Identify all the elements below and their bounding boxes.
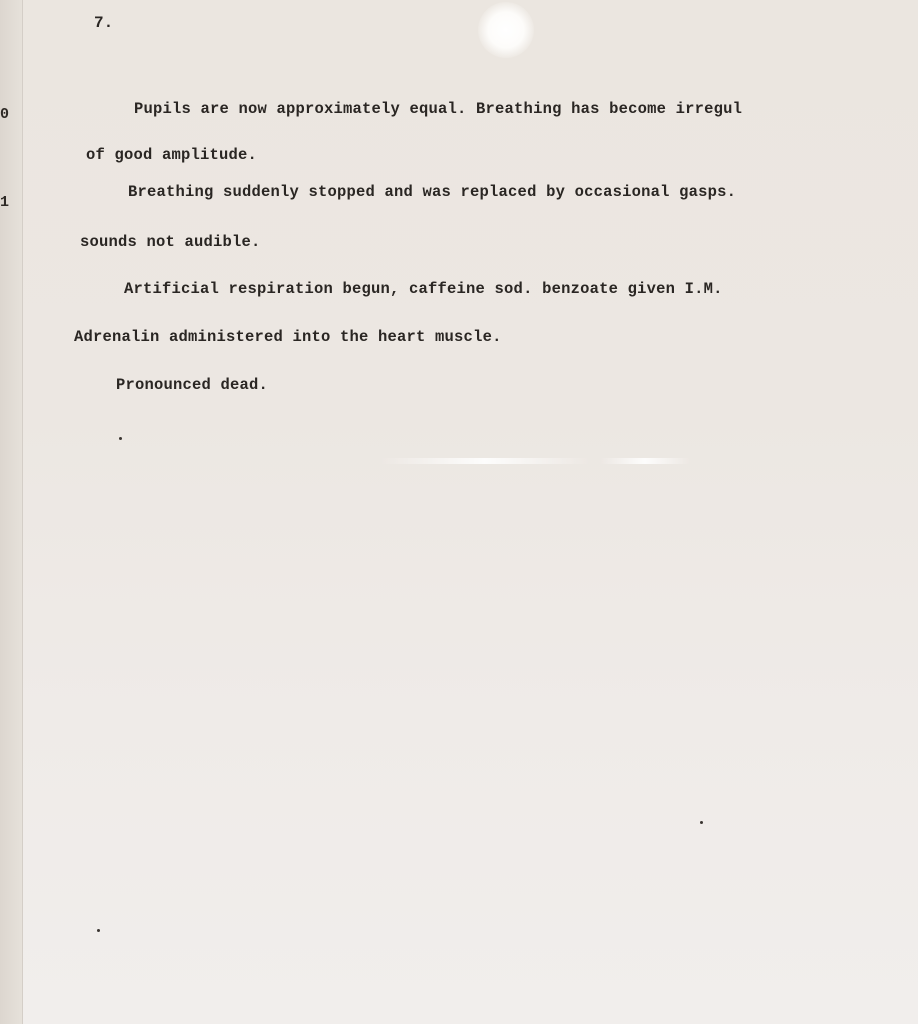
- ink-speck: [97, 929, 100, 932]
- page-edge: [0, 0, 23, 1024]
- text-line: sounds not audible.: [80, 233, 261, 251]
- text-line: Adrenalin administered into the heart mu…: [74, 328, 502, 346]
- light-glare: [478, 2, 534, 58]
- light-reflection: [600, 458, 690, 464]
- page-number: 7.: [94, 14, 113, 32]
- text-line: Pronounced dead.: [116, 376, 268, 394]
- ink-speck: [700, 821, 703, 824]
- text-line: Pupils are now approximately equal. Brea…: [134, 100, 742, 118]
- text-line: Breathing suddenly stopped and was repla…: [128, 183, 736, 201]
- ink-speck: [119, 437, 122, 440]
- text-line: of good amplitude.: [86, 146, 257, 164]
- margin-mark: 1: [0, 194, 9, 211]
- light-reflection: [380, 458, 590, 464]
- text-line: Artificial respiration begun, caffeine s…: [124, 280, 723, 298]
- margin-mark: 0: [0, 106, 9, 123]
